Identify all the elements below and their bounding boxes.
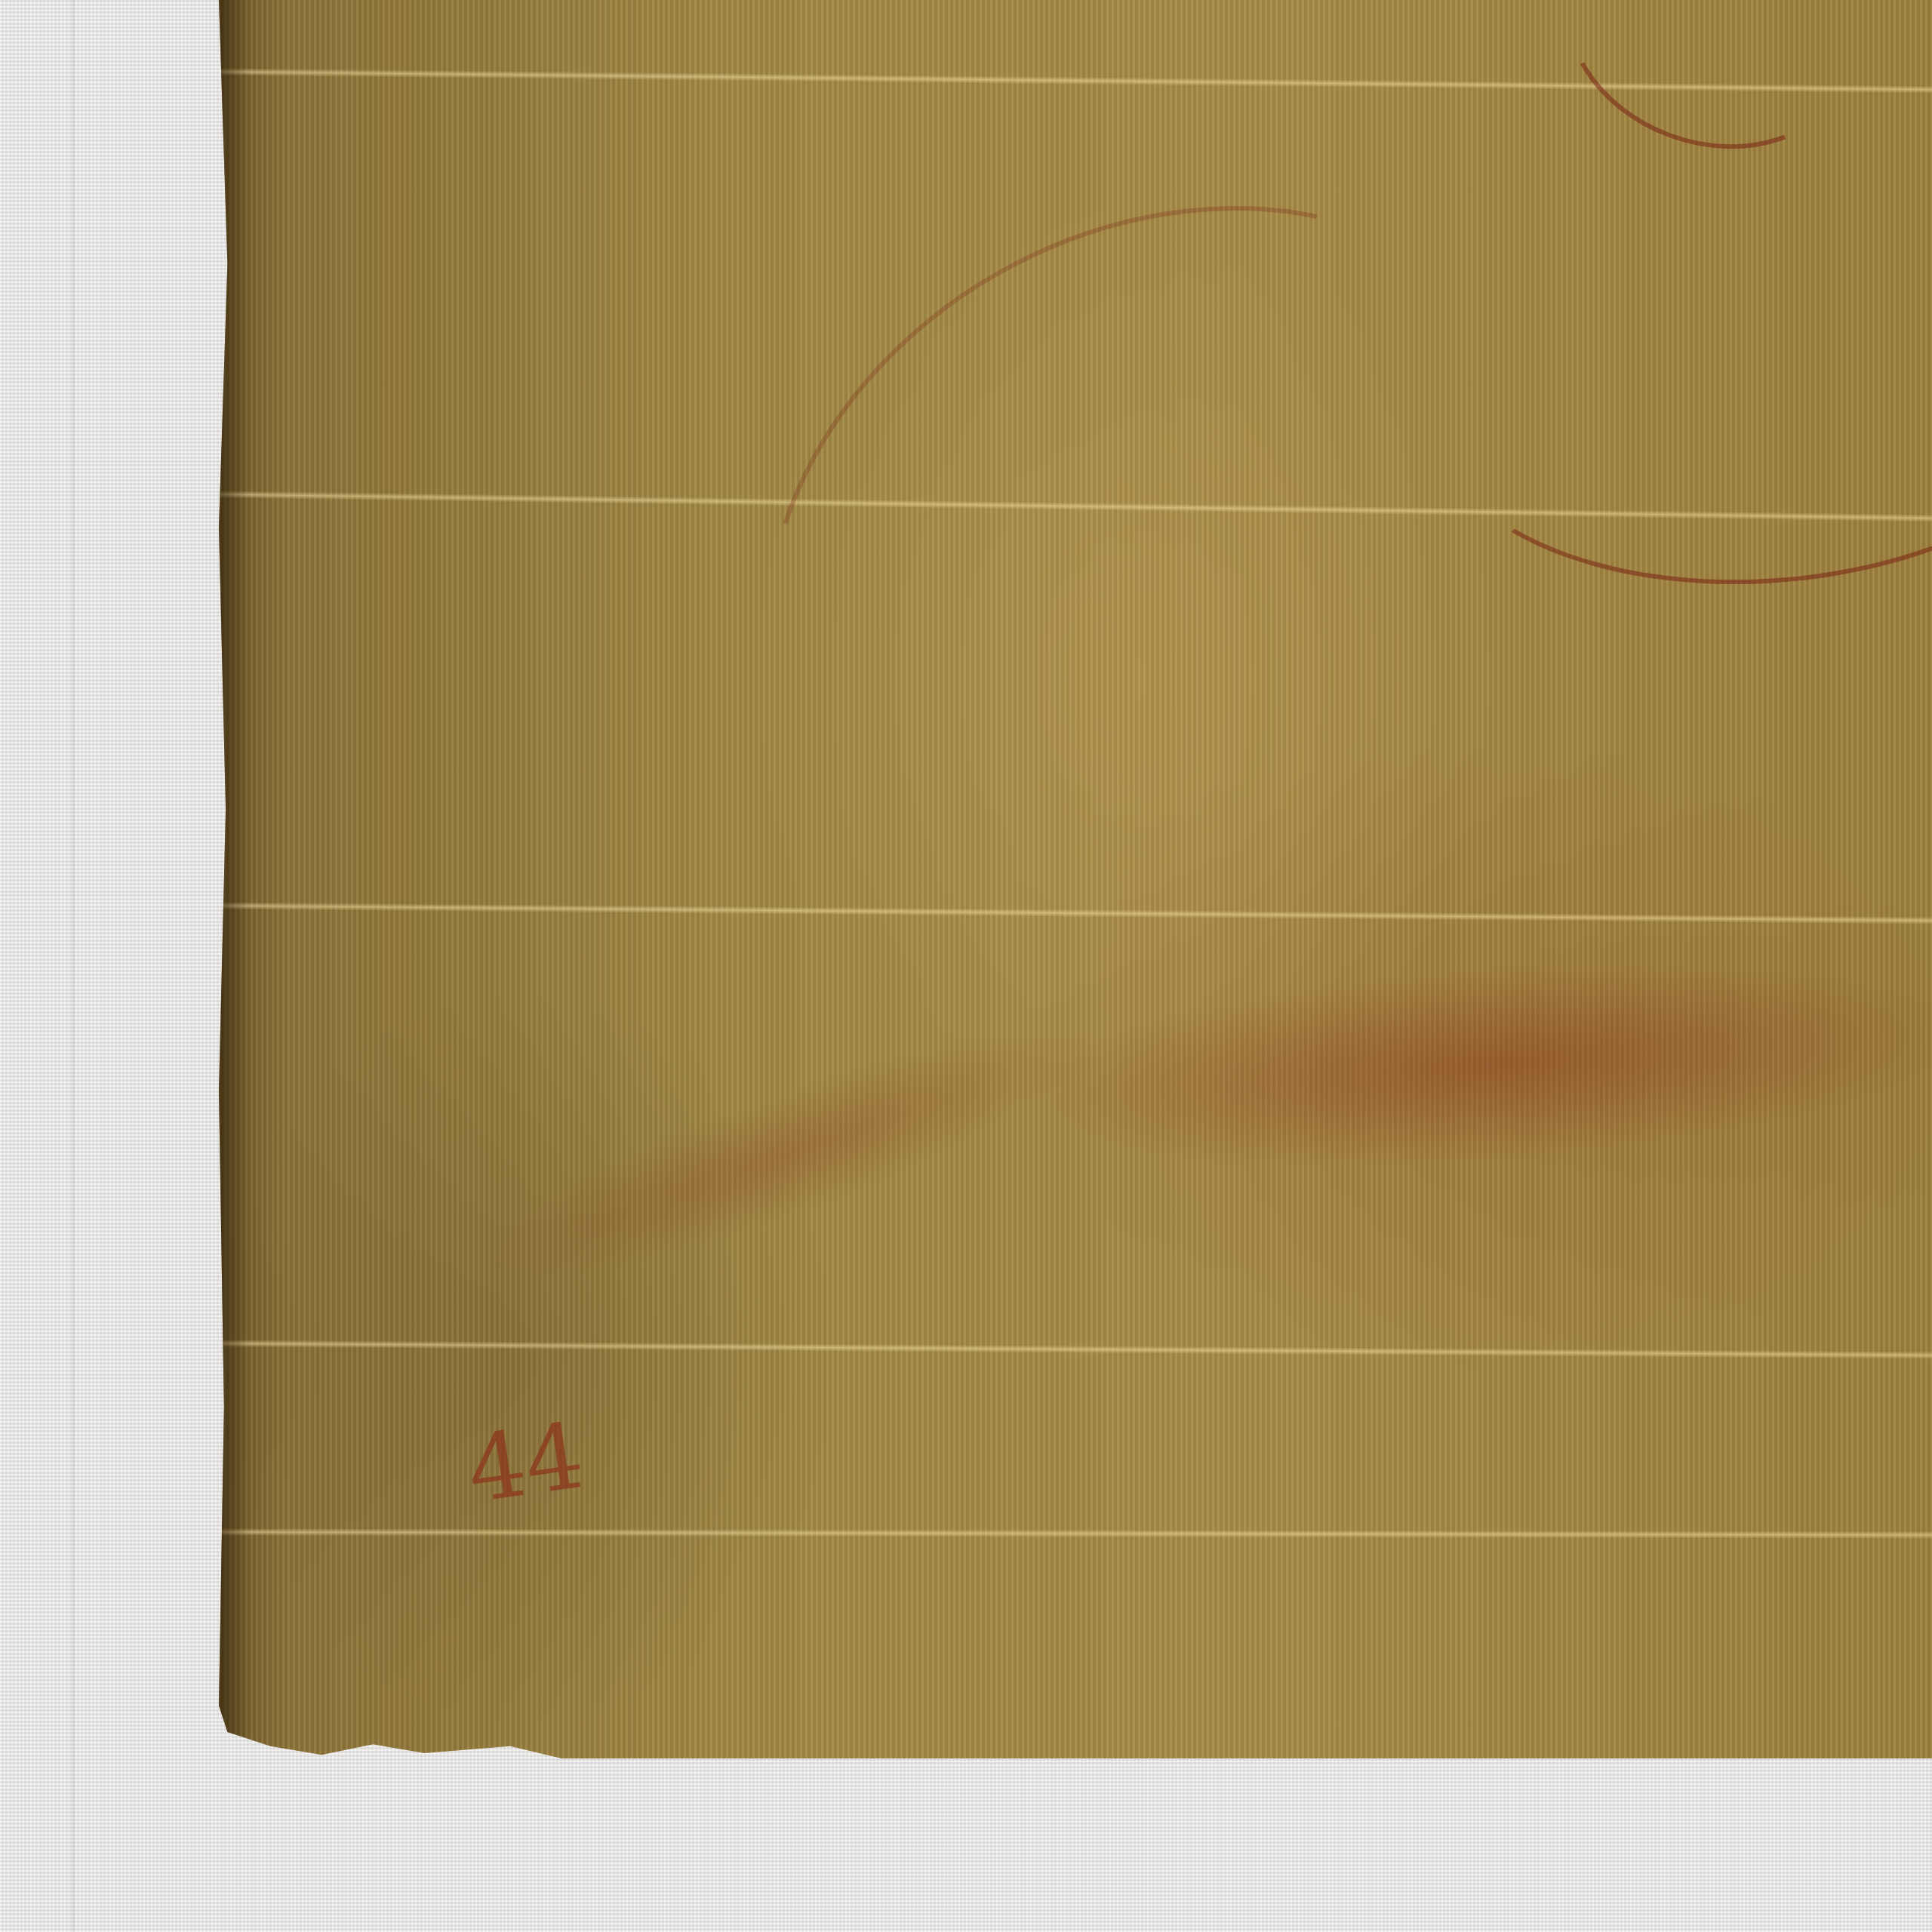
chalk-mark: 44 xyxy=(461,1404,590,1524)
aged-laid-paper: 44 xyxy=(219,0,1932,1758)
mount-bevel-line xyxy=(72,0,75,1932)
